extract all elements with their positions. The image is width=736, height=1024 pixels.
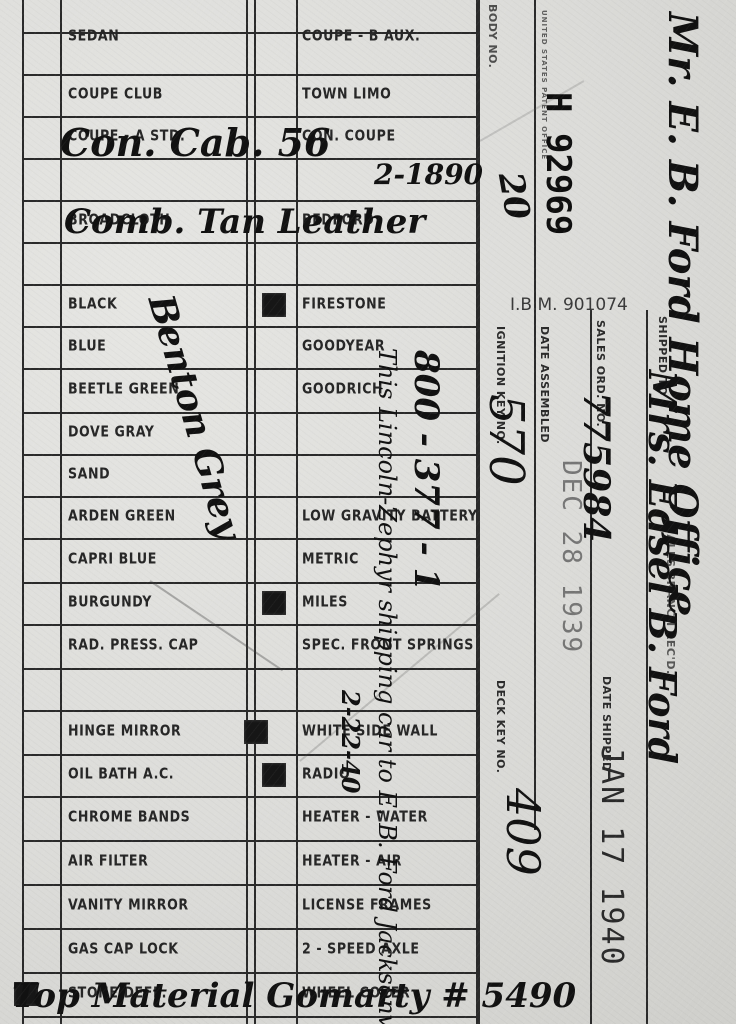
record-card: SEDANCOUPE CLUBCOUPE - A STD.BROADCLOTHB… [0, 0, 736, 1024]
checklist-item-label: ARDEN GREEN [68, 507, 176, 524]
body-no-label: BODY NO. [486, 4, 498, 68]
checklist-item-label: VANITY MIRROR [68, 896, 189, 913]
grid-row-line [22, 326, 480, 328]
grid-row-line [22, 928, 480, 930]
handwritten-trim: Comb. Tan Leather [64, 202, 425, 242]
filled-check-box [262, 293, 286, 317]
grid-vertical-line [478, 0, 480, 1024]
checklist-item-label: GAS CAP LOCK [68, 940, 179, 957]
grid-vertical-line [22, 0, 24, 1024]
handwritten-deck-key: 409 [496, 788, 550, 876]
grid-row-line [22, 796, 480, 798]
date-assembled-label: DATE ASSEMBLED [538, 326, 550, 443]
checklist-item-label: COUPE CLUB [68, 85, 163, 102]
checklist-item-label: SEDAN [68, 27, 119, 44]
checklist-option-label: FIRESTONE [302, 295, 387, 312]
handwritten-20: 20 [490, 169, 538, 223]
serial-stamp-number: H 92969 [538, 92, 578, 235]
checklist-item-label: DOVE GRAY [68, 423, 155, 440]
checklist-item-label: SAND [68, 465, 110, 482]
handwritten-ignition-key: 570 [478, 394, 534, 486]
handwritten-body-type: Con. Cab. 56 [60, 120, 330, 165]
checklist-item-label: CHROME BANDS [68, 808, 190, 825]
grid-row-line [22, 972, 480, 974]
grid-row-line [22, 242, 480, 244]
checklist-item-label: BLUE [68, 337, 106, 354]
checklist-option-label: LICENSE FRAMES [302, 896, 432, 913]
handwritten-shipped-to: Mrs. Edsel B. Ford [640, 370, 685, 764]
checklist-item-label: HINGE MIRROR [68, 722, 181, 739]
checklist-item-label: AIR FILTER [68, 852, 148, 869]
checklist-option-label: HEATER - WATER [302, 808, 428, 825]
grid-row-line [22, 116, 480, 118]
checklist-item-label: RAD. PRESS. CAP [68, 636, 199, 653]
grid-row-line [22, 840, 480, 842]
handwritten-top-material: Top Material Gomarty # 5490 [12, 976, 576, 1016]
checklist-option-label: METRIC [302, 550, 359, 567]
checklist-item-label: CAPRI BLUE [68, 550, 157, 567]
handwritten-shipping-note: This Lincoln-Zephyr shipping car to E. B… [372, 348, 402, 948]
handwritten-date-note: 2-22-40 [336, 690, 365, 793]
checklist-option-label: MILES [302, 593, 348, 610]
grid-row-line [22, 710, 480, 712]
checklist-option-label: GOODRICH [302, 380, 383, 397]
grid-row-line [22, 754, 480, 756]
filled-check-box [244, 720, 268, 744]
checklist-option-label: COUPE - B AUX. [302, 27, 420, 44]
checklist-option-label: TOWN LIMO [302, 85, 391, 102]
ibm-form-number: I.B.M. 901074 [510, 295, 628, 315]
deck-key-label: DECK KEY NO. [494, 680, 506, 773]
checklist-item-label: OIL BATH A.C. [68, 765, 174, 782]
checklist-item-label: BURGUNDY [68, 593, 152, 610]
handwritten-bedford-code: 2-1890 [374, 158, 483, 191]
grid-row-line [22, 74, 480, 76]
handwritten-sales-order: 775984 [575, 392, 617, 542]
header-column-line [534, 0, 536, 830]
filled-check-box [262, 763, 286, 787]
checklist-item-label: BLACK [68, 295, 117, 312]
grid-row-line [22, 284, 480, 286]
checklist-option-label: WHITE SIDE WALL [302, 722, 438, 739]
handwritten-phone-note: 800 - 377 - 1 [406, 350, 446, 591]
date-shipped-stamp: JAN 17 1940 [594, 746, 629, 967]
grid-row-line [22, 884, 480, 886]
grid-row-line [22, 1016, 480, 1018]
